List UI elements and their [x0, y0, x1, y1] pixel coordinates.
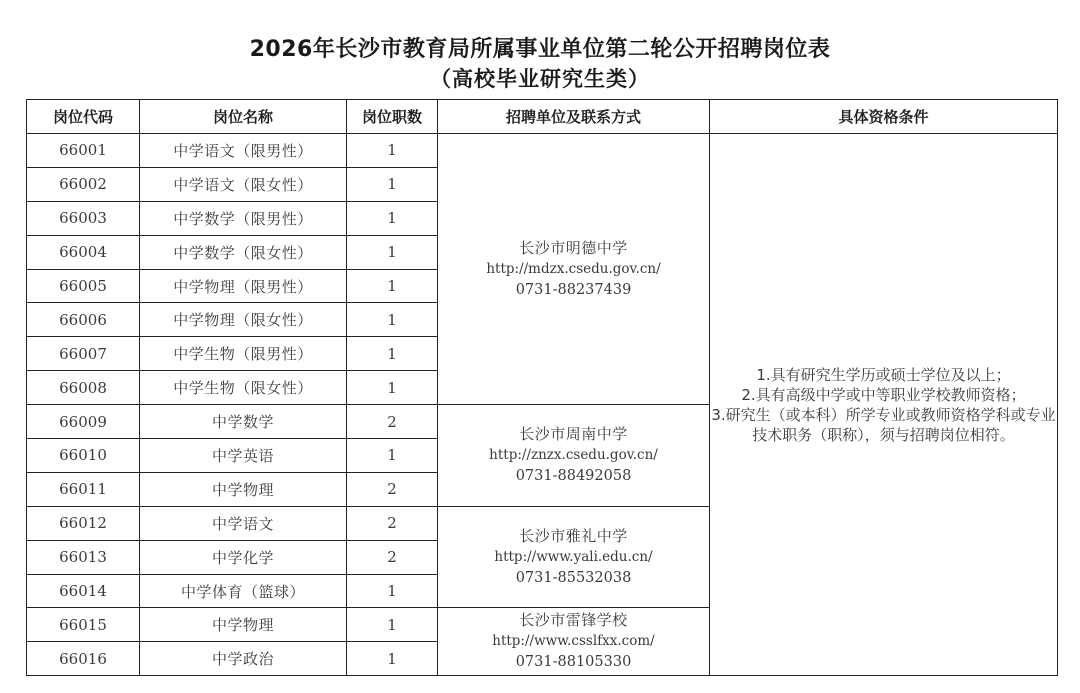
job-name: 中学生物（限男性）: [140, 337, 347, 371]
job-code: 66008: [27, 371, 140, 405]
unit-cell-leifeng: 长沙市雷锋学校 http://www.csslfxx.com/ 0731-881…: [438, 608, 710, 676]
header-count: 岗位职数: [347, 100, 438, 134]
job-name: 中学语文（限女性）: [140, 167, 347, 201]
job-code: 66012: [27, 506, 140, 540]
unit-url: http://znzx.csedu.gov.cn/: [438, 445, 709, 466]
job-count: 1: [347, 167, 438, 201]
unit-name: 长沙市明德中学: [438, 238, 709, 259]
job-code: 66010: [27, 439, 140, 473]
qualification-item: 1.具有研究生学历或硕士学位及以上；: [710, 365, 1057, 385]
job-name: 中学英语: [140, 439, 347, 473]
job-count: 1: [347, 608, 438, 642]
unit-cell-yali: 长沙市雅礼中学 http://www.yali.edu.cn/ 0731-855…: [438, 506, 710, 608]
job-name: 中学物理: [140, 472, 347, 506]
job-count: 2: [347, 540, 438, 574]
job-name: 中学数学: [140, 405, 347, 439]
job-name: 中学物理（限男性）: [140, 269, 347, 303]
job-count: 1: [347, 201, 438, 235]
job-count: 1: [347, 235, 438, 269]
job-count: 1: [347, 337, 438, 371]
job-name: 中学物理（限女性）: [140, 303, 347, 337]
header-qualifications: 具体资格条件: [710, 100, 1058, 134]
header-name: 岗位名称: [140, 100, 347, 134]
unit-name: 长沙市周南中学: [438, 424, 709, 445]
job-count: 2: [347, 472, 438, 506]
job-name: 中学语文（限男性）: [140, 134, 347, 168]
job-code: 66009: [27, 405, 140, 439]
job-code: 66005: [27, 269, 140, 303]
job-code: 66015: [27, 608, 140, 642]
job-code: 66007: [27, 337, 140, 371]
job-count: 1: [347, 371, 438, 405]
job-count: 2: [347, 506, 438, 540]
job-name: 中学化学: [140, 540, 347, 574]
job-name: 中学体育（篮球）: [140, 574, 347, 608]
job-name: 中学物理: [140, 608, 347, 642]
job-count: 1: [347, 269, 438, 303]
job-name: 中学政治: [140, 642, 347, 676]
unit-url: http://www.csslfxx.com/: [438, 631, 709, 652]
unit-name: 长沙市雷锋学校: [438, 610, 709, 631]
job-code: 66001: [27, 134, 140, 168]
job-code: 66003: [27, 201, 140, 235]
job-name: 中学生物（限女性）: [140, 371, 347, 405]
qualifications-cell: 1.具有研究生学历或硕士学位及以上； 2.具有高级中学或中等职业学校教师资格； …: [710, 134, 1058, 676]
unit-phone: 0731-88105330: [438, 652, 709, 673]
job-code: 66011: [27, 472, 140, 506]
qualification-item: 3.研究生（或本科）所学专业或教师资格学科或专业技术职务（职称），须与招聘岗位相…: [710, 405, 1057, 445]
job-code: 66013: [27, 540, 140, 574]
table-header-row: 岗位代码 岗位名称 岗位职数 招聘单位及联系方式 具体资格条件: [27, 100, 1058, 134]
table-row: 66001 中学语文（限男性） 1 长沙市明德中学 http://mdzx.cs…: [27, 134, 1058, 168]
header-unit: 招聘单位及联系方式: [438, 100, 710, 134]
unit-phone: 0731-85532038: [438, 568, 709, 589]
job-name: 中学数学（限女性）: [140, 235, 347, 269]
unit-url: http://mdzx.csedu.gov.cn/: [438, 259, 709, 280]
document-subtitle: （高校毕业研究生类）: [0, 63, 1080, 93]
document-title: 2026年长沙市教育局所属事业单位第二轮公开招聘岗位表: [0, 32, 1080, 63]
unit-url: http://www.yali.edu.cn/: [438, 547, 709, 568]
job-code: 66006: [27, 303, 140, 337]
unit-phone: 0731-88492058: [438, 466, 709, 487]
job-count: 2: [347, 405, 438, 439]
unit-phone: 0731-88237439: [438, 280, 709, 301]
job-name: 中学语文: [140, 506, 347, 540]
job-code: 66014: [27, 574, 140, 608]
unit-cell-mingde: 长沙市明德中学 http://mdzx.csedu.gov.cn/ 0731-8…: [438, 134, 710, 405]
recruitment-table: 岗位代码 岗位名称 岗位职数 招聘单位及联系方式 具体资格条件 66001 中学…: [26, 99, 1058, 676]
job-code: 66002: [27, 167, 140, 201]
header-code: 岗位代码: [27, 100, 140, 134]
job-name: 中学数学（限男性）: [140, 201, 347, 235]
job-count: 1: [347, 574, 438, 608]
unit-name: 长沙市雅礼中学: [438, 526, 709, 547]
unit-cell-zhounan: 长沙市周南中学 http://znzx.csedu.gov.cn/ 0731-8…: [438, 405, 710, 507]
job-count: 1: [347, 303, 438, 337]
job-count: 1: [347, 642, 438, 676]
qualification-item: 2.具有高级中学或中等职业学校教师资格；: [710, 385, 1057, 405]
job-code: 66016: [27, 642, 140, 676]
job-code: 66004: [27, 235, 140, 269]
job-count: 1: [347, 134, 438, 168]
job-count: 1: [347, 439, 438, 473]
